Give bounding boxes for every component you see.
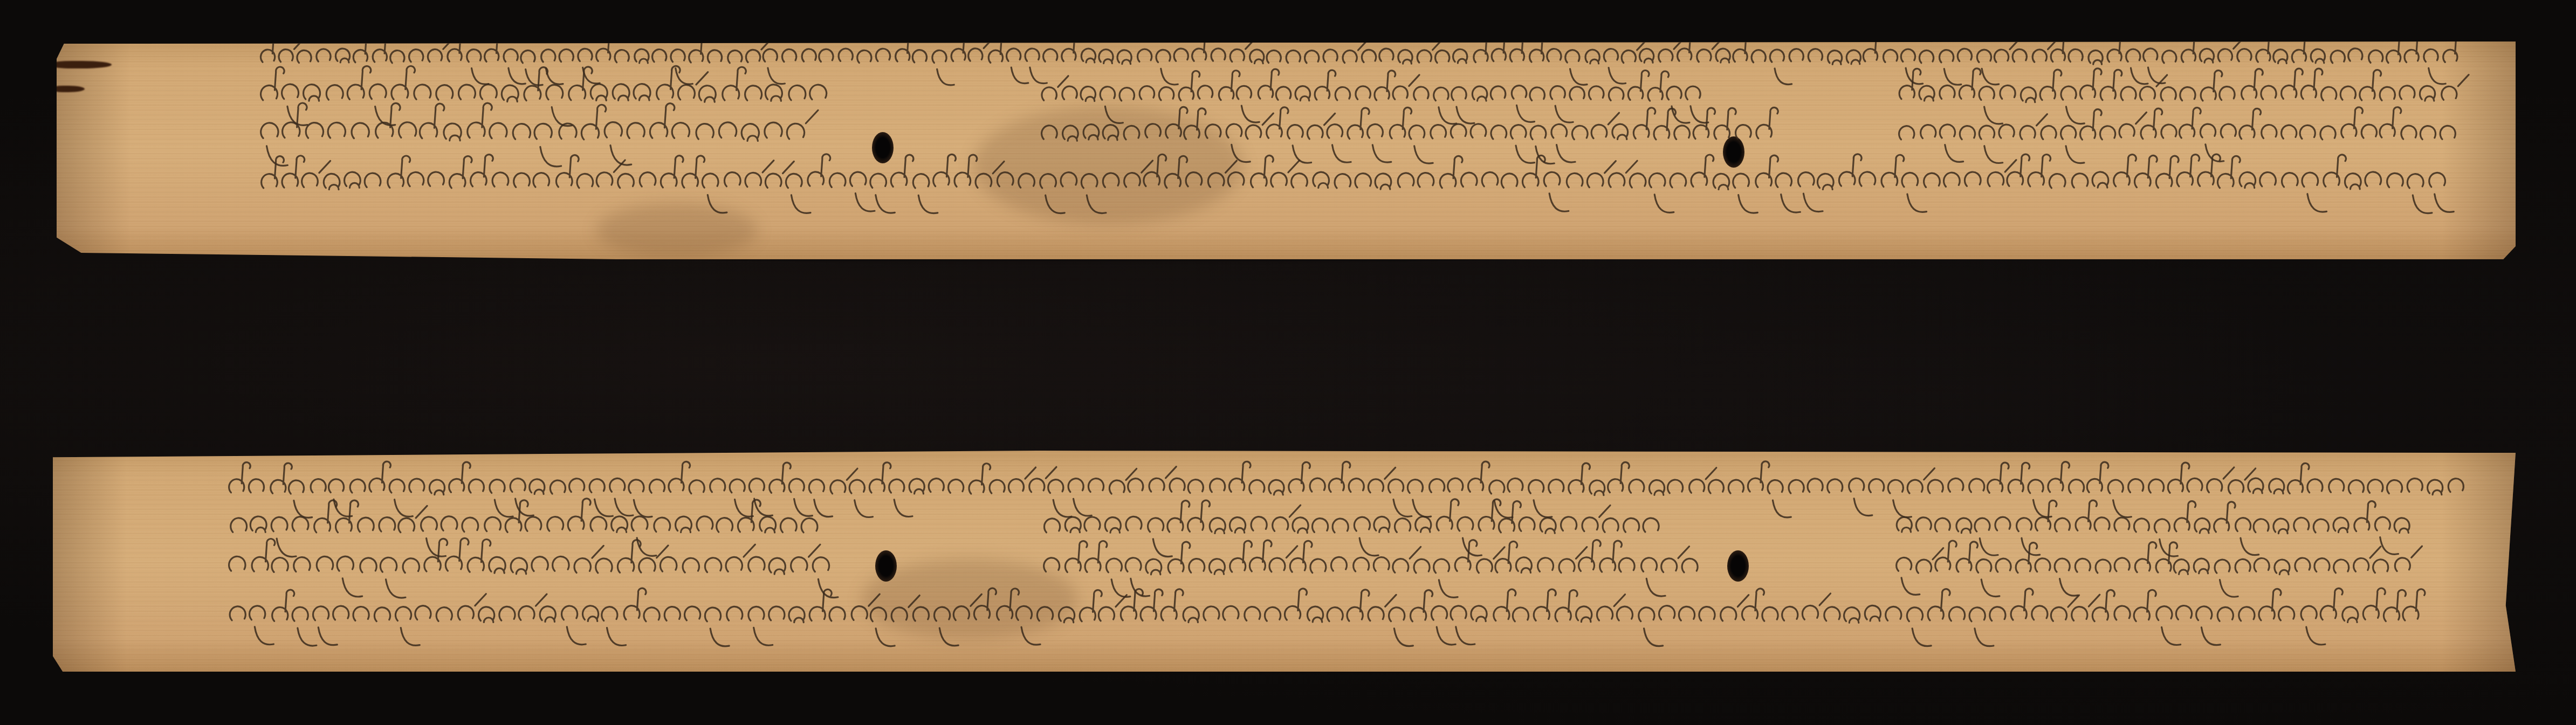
script-glyph (1414, 559, 1430, 573)
script-glyph (1530, 87, 1544, 100)
script-glyph (1061, 172, 1077, 187)
script-glyph (649, 479, 664, 493)
script-glyph (1990, 607, 2005, 621)
script-glyph (490, 480, 513, 517)
script-glyph (2282, 173, 2298, 187)
script-glyph (304, 85, 320, 101)
script-glyph (534, 123, 561, 166)
script-glyph (369, 461, 391, 492)
script-glyph (1347, 590, 1369, 621)
script-glyph (1435, 50, 1450, 63)
script-glyph (1479, 499, 1501, 530)
script-glyph (1633, 108, 1655, 139)
script-glyph (502, 85, 518, 101)
script-glyph (1495, 541, 1517, 572)
script-glyph (2240, 108, 2261, 139)
script-glyph (617, 540, 641, 573)
inscribed-text (53, 451, 2516, 672)
script-glyph (1782, 606, 1798, 620)
script-glyph (1276, 87, 1290, 100)
script-glyph (1448, 478, 1463, 492)
script-glyph (1211, 49, 1225, 61)
script-glyph (1230, 541, 1252, 572)
script-glyph (250, 516, 266, 532)
script-glyph (2215, 560, 2238, 597)
script-glyph (2092, 590, 2114, 621)
script-glyph (1776, 173, 1801, 212)
script-glyph (974, 588, 996, 619)
script-glyph (726, 544, 755, 571)
script-glyph (1768, 480, 1791, 517)
script-glyph (2341, 107, 2363, 137)
script-glyph (1708, 480, 1723, 493)
script-glyph (1265, 607, 1280, 621)
script-glyph (1062, 86, 1077, 99)
script-glyph (272, 590, 294, 621)
script-glyph (1682, 558, 1698, 572)
script-glyph (697, 516, 713, 530)
script-glyph (317, 49, 331, 61)
script-glyph (741, 124, 759, 141)
script-glyph (1327, 607, 1343, 622)
script-glyph (1205, 125, 1221, 138)
script-glyph (1519, 517, 1535, 531)
script-glyph (409, 479, 424, 492)
script-glyph (1188, 500, 1210, 531)
script-glyph (1229, 517, 1245, 533)
script-glyph (1362, 50, 1376, 62)
script-glyph (391, 66, 415, 100)
script-glyph (1572, 126, 1588, 139)
script-glyph (2354, 501, 2375, 531)
script-glyph (1313, 172, 1329, 188)
script-glyph (1570, 87, 1584, 100)
script-glyph (2301, 68, 2323, 99)
script-glyph (358, 517, 374, 531)
script-glyph (436, 85, 453, 100)
script-glyph (2217, 607, 2233, 621)
script-glyph (1044, 519, 1060, 533)
script-glyph (1629, 479, 1644, 493)
palm-leaf-folio-bottom (53, 451, 2516, 672)
script-glyph (2348, 49, 2362, 61)
script-glyph (1859, 172, 1876, 186)
script-glyph (2228, 468, 2255, 493)
script-glyph (380, 557, 406, 598)
script-glyph (1670, 174, 1686, 188)
script-glyph (2114, 606, 2130, 620)
script-glyph (1430, 479, 1445, 492)
script-glyph (414, 85, 431, 99)
script-glyph (1714, 108, 1736, 139)
script-glyph (1751, 50, 1766, 63)
script-glyph (809, 479, 832, 516)
script-glyph (324, 174, 340, 189)
script-glyph (1165, 156, 1187, 188)
script-glyph (2262, 125, 2277, 139)
script-glyph (1398, 173, 1414, 187)
script-glyph (1440, 156, 1462, 188)
script-glyph (1174, 49, 1188, 61)
script-glyph (2340, 86, 2355, 100)
script-glyph (661, 156, 683, 188)
script-glyph (769, 558, 785, 574)
script-glyph (1103, 125, 1118, 140)
script-glyph (728, 50, 742, 63)
script-glyph (379, 517, 395, 531)
script-glyph (1886, 606, 1901, 620)
script-glyph (2041, 126, 2056, 139)
script-glyph (311, 479, 326, 493)
script-glyph (1289, 462, 1310, 492)
script-glyph (1839, 154, 1861, 186)
script-glyph (1828, 51, 1842, 65)
script-glyph (1639, 49, 1653, 63)
script-glyph (1183, 607, 1199, 623)
script-glyph (664, 607, 680, 621)
script-glyph (2156, 156, 2179, 188)
script-glyph (2141, 108, 2162, 139)
script-glyph (1624, 518, 1639, 532)
script-glyph (791, 544, 820, 571)
script-glyph (533, 173, 549, 187)
script-glyph (635, 49, 649, 63)
script-glyph (1733, 174, 1758, 213)
script-glyph (1379, 49, 1393, 61)
script-glyph (1538, 558, 1554, 572)
script-glyph (1085, 541, 1107, 572)
script-glyph (261, 67, 285, 100)
script-glyph (1088, 479, 1103, 492)
script-glyph (2119, 112, 2146, 137)
script-glyph (2080, 68, 2101, 99)
script-glyph (676, 516, 692, 532)
script-glyph (1117, 50, 1131, 64)
script-glyph (727, 606, 743, 620)
script-glyph (1043, 49, 1057, 61)
script-glyph (1902, 172, 1927, 212)
script-glyph (1549, 479, 1564, 493)
script-glyph (590, 84, 607, 100)
script-glyph (1948, 478, 1963, 492)
script-glyph (1491, 126, 1507, 139)
script-glyph (660, 557, 676, 571)
script-glyph (1284, 589, 1307, 620)
script-glyph (1628, 71, 1649, 100)
script-glyph (1789, 49, 1803, 61)
script-glyph (1501, 174, 1517, 188)
script-glyph (1251, 517, 1267, 531)
script-glyph (1389, 607, 1413, 646)
script-glyph (2032, 606, 2048, 620)
script-glyph (568, 499, 590, 531)
script-glyph (1119, 88, 1134, 101)
script-glyph (335, 49, 349, 63)
script-glyph (719, 122, 736, 138)
script-glyph (559, 49, 573, 61)
script-glyph (1103, 173, 1119, 187)
script-glyph (2207, 467, 2234, 492)
script-glyph (2069, 480, 2084, 493)
script-glyph (2194, 558, 2209, 574)
script-glyph (1431, 606, 1455, 645)
script-glyph (1461, 172, 1477, 187)
script-glyph (2148, 479, 2163, 493)
script-glyph (2092, 172, 2108, 188)
script-glyph (1916, 517, 1931, 531)
script-glyph (990, 480, 1005, 493)
script-glyph (2087, 462, 2108, 492)
script-glyph (689, 480, 704, 494)
script-glyph (314, 500, 337, 533)
script-glyph (1668, 480, 1683, 493)
script-glyph (1414, 87, 1428, 100)
script-glyph (1188, 480, 1203, 493)
script-glyph (317, 556, 333, 571)
script-glyph (1198, 86, 1212, 99)
script-glyph (2237, 49, 2251, 61)
script-glyph (596, 160, 625, 187)
script-glyph (2126, 49, 2148, 84)
script-glyph (489, 557, 505, 573)
script-glyph (1756, 155, 1778, 187)
script-glyph (458, 594, 486, 620)
script-glyph (2314, 558, 2330, 572)
script-glyph (780, 518, 796, 532)
script-glyph (1313, 519, 1328, 533)
script-glyph (1590, 480, 1605, 495)
script-glyph (2307, 479, 2323, 493)
script-glyph (1210, 518, 1225, 534)
script-glyph (302, 161, 331, 187)
script-glyph (1269, 480, 1284, 495)
script-glyph (819, 49, 833, 61)
script-glyph (1940, 125, 1963, 162)
script-glyph (468, 540, 491, 572)
script-glyph (2242, 69, 2263, 99)
script-glyph (2282, 125, 2297, 139)
script-glyph (1979, 86, 2002, 123)
script-glyph (511, 558, 527, 574)
script-glyph (1585, 50, 1599, 64)
script-glyph (745, 86, 762, 100)
script-glyph (292, 517, 308, 531)
script-glyph (1121, 589, 1143, 620)
script-glyph (813, 557, 838, 598)
script-glyph (337, 556, 362, 597)
script-glyph (403, 558, 419, 573)
script-glyph (415, 606, 431, 620)
script-glyph (723, 67, 746, 100)
script-glyph (787, 111, 818, 139)
script-glyph (1996, 558, 2011, 572)
script-glyph (1349, 479, 1364, 492)
script-glyph (2360, 70, 2381, 100)
script-glyph (1869, 479, 1884, 492)
script-glyph (347, 66, 371, 100)
script-glyph (2254, 558, 2269, 571)
script-glyph (1159, 87, 1173, 100)
script-glyph (1472, 86, 1487, 101)
script-glyph (765, 122, 782, 138)
script-glyph (297, 50, 311, 63)
script-glyph (353, 607, 369, 621)
script-glyph (2000, 85, 2015, 99)
script-glyph (717, 518, 733, 532)
script-glyph (590, 517, 607, 531)
script-glyph (644, 607, 660, 622)
script-glyph (602, 607, 626, 646)
script-glyph (627, 123, 644, 139)
script-glyph (1899, 126, 1914, 140)
script-glyph (1310, 559, 1326, 573)
script-glyph (1490, 86, 1505, 99)
script-glyph (745, 161, 774, 187)
script-glyph (913, 607, 929, 621)
script-glyph (1471, 124, 1486, 137)
script-glyph (1844, 607, 1860, 623)
script-glyph (1315, 70, 1336, 100)
script-glyph (1416, 516, 1431, 532)
script-glyph (1540, 518, 1556, 534)
script-glyph (2395, 546, 2422, 571)
script-glyph (1251, 155, 1274, 187)
script-glyph (1065, 517, 1081, 533)
script-glyph (851, 594, 880, 620)
script-glyph (705, 607, 729, 646)
script-glyph (1603, 518, 1618, 532)
script-glyph (230, 606, 245, 620)
script-glyph (2400, 86, 2415, 99)
script-glyph (546, 85, 572, 126)
script-glyph (1161, 589, 1183, 620)
script-glyph (2161, 125, 2176, 138)
script-glyph (2273, 50, 2288, 64)
script-glyph (1348, 108, 1369, 139)
script-glyph (1824, 607, 1840, 621)
script-glyph (2094, 517, 2110, 531)
script-glyph (229, 556, 245, 571)
script-glyph (525, 517, 541, 531)
script-glyph (1935, 518, 1950, 531)
script-glyph (1949, 607, 1964, 621)
script-glyph (2324, 155, 2346, 187)
script-glyph (1124, 161, 1153, 187)
script-glyph (1569, 463, 1590, 493)
script-glyph (1409, 126, 1433, 164)
script-glyph (1453, 49, 1467, 63)
script-glyph (1919, 86, 1934, 101)
script-glyph (514, 173, 530, 187)
script-glyph (672, 123, 689, 139)
script-glyph (1355, 174, 1371, 188)
script-glyph (390, 51, 404, 63)
script-glyph (1609, 87, 1623, 100)
script-glyph (2368, 480, 2383, 493)
script-glyph (1919, 50, 1933, 63)
script-glyph (569, 479, 585, 492)
script-glyph (428, 172, 444, 186)
script-glyph (829, 607, 845, 621)
script-glyph (1167, 501, 1190, 532)
script-glyph (2020, 114, 2047, 140)
script-glyph (479, 607, 494, 623)
script-glyph (705, 558, 721, 572)
script-glyph (1555, 590, 1577, 622)
script-glyph (1567, 173, 1583, 187)
script-glyph (250, 606, 274, 645)
script-glyph (1437, 499, 1459, 530)
script-glyph (374, 607, 390, 622)
script-glyph (480, 85, 497, 99)
script-glyph (2248, 478, 2263, 493)
script-glyph (1144, 154, 1166, 186)
script-glyph (801, 518, 818, 532)
script-glyph (1354, 557, 1369, 571)
script-glyph (2261, 86, 2276, 99)
script-glyph (650, 103, 674, 138)
script-glyph (1544, 172, 1569, 211)
script-glyph (1956, 518, 1972, 533)
script-glyph (2279, 606, 2295, 620)
script-glyph (328, 122, 345, 138)
script-glyph (458, 85, 475, 99)
script-glyph (2343, 607, 2358, 623)
script-glyph (748, 557, 765, 571)
script-glyph (249, 479, 264, 493)
script-glyph (1223, 606, 1239, 620)
script-glyph (1736, 125, 1751, 139)
script-glyph (2069, 49, 2083, 61)
script-glyph (1407, 480, 1431, 517)
script-glyph (2016, 543, 2037, 573)
script-glyph (1699, 607, 1715, 621)
script-glyph (1063, 126, 1079, 141)
script-glyph (1995, 517, 2010, 530)
script-glyph (2012, 49, 2027, 61)
script-glyph (2040, 70, 2062, 100)
script-glyph (618, 174, 634, 188)
script-glyph (2134, 519, 2149, 532)
script-glyph (1897, 557, 1920, 595)
script-glyph (1305, 51, 1319, 63)
script-glyph (1881, 155, 1904, 187)
script-glyph (231, 518, 247, 532)
script-glyph (1331, 557, 1347, 571)
script-glyph (2394, 518, 2409, 533)
script-glyph (1335, 87, 1350, 100)
script-glyph (1084, 517, 1100, 531)
script-glyph (2295, 558, 2310, 571)
script-glyph (1808, 49, 1822, 61)
script-glyph (1576, 606, 1592, 622)
script-glyph (2021, 87, 2036, 102)
script-glyph (1141, 589, 1163, 620)
script-glyph (1106, 558, 1130, 597)
script-glyph (2260, 172, 2276, 187)
script-glyph (1295, 86, 1310, 101)
script-glyph (399, 122, 416, 138)
script-glyph (2239, 607, 2255, 621)
script-glyph (1828, 479, 1843, 493)
script-glyph (1044, 558, 1060, 572)
script-glyph (1065, 541, 1087, 572)
script-glyph (669, 461, 690, 492)
script-glyph (333, 606, 349, 620)
script-glyph (2174, 560, 2189, 575)
script-glyph (1559, 547, 1587, 573)
script-glyph (629, 480, 652, 517)
